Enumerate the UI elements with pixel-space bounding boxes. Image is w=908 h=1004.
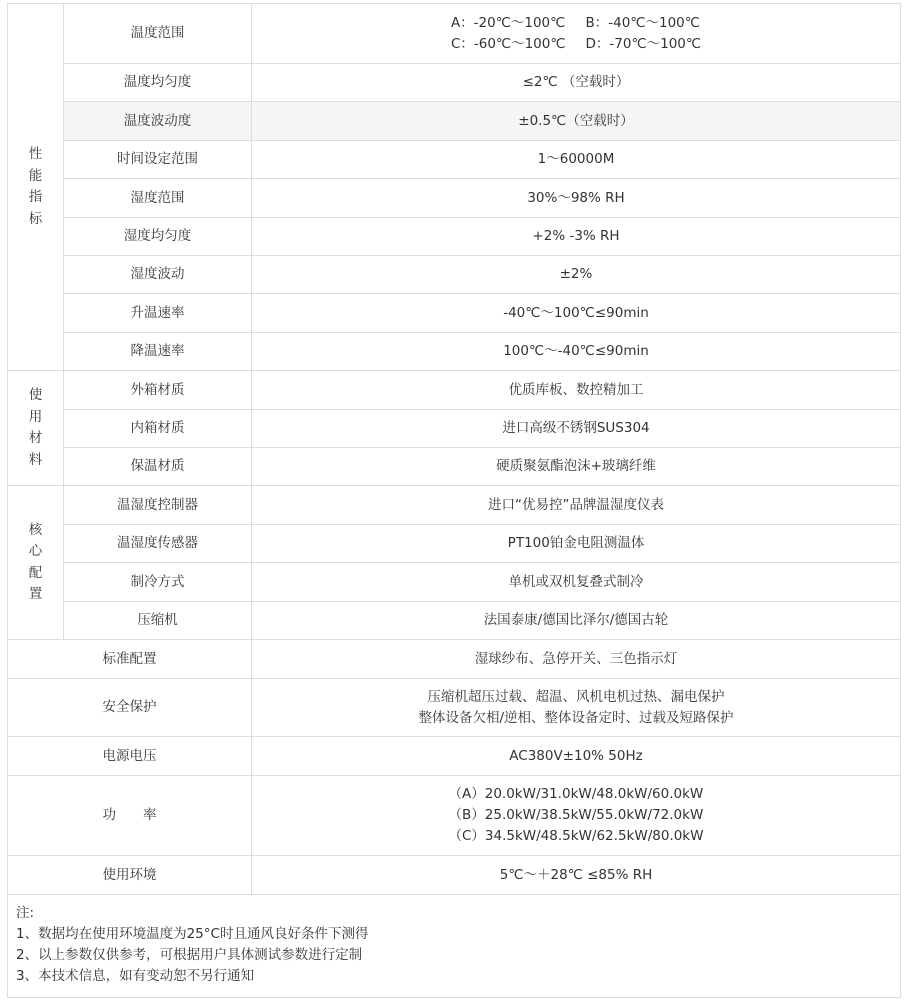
param-value: ±2% [252,256,901,294]
category-cell: 核心配置 [8,486,64,640]
param-value: 进口“优易控”品牌温湿度仪表 [252,486,901,525]
table-row-highlighted: 温度波动度 ±0.5℃（空载时） [8,102,901,141]
param-value: 5℃～＋28℃ ≤85% RH [252,856,901,895]
table-row: 标准配置 湿球纱布、急停开关、三色指示灯 [8,640,901,679]
param-value: 硬质聚氨酯泡沫+玻璃纤维 [252,448,901,486]
param-value: （A）20.0kW/31.0kW/48.0kW/60.0kW （B）25.0kW… [252,776,901,856]
param-name: 安全保护 [8,679,252,737]
notes-title: 注: [16,903,892,924]
param-value: -40℃～100℃≤90min [252,294,901,333]
table-row: 压缩机 法国泰康/德国比泽尔/德国古轮 [8,602,901,640]
table-row: 安全保护 压缩机超压过载、超温、风机电机过热、漏电保护 整体设备欠相/逆相、整体… [8,679,901,737]
category-label: 核心配置 [28,520,44,606]
table-row: 电源电压 AC380V±10% 50Hz [8,737,901,776]
param-name: 升温速率 [64,294,252,333]
table-row: 时间设定范围 1～60000M [8,141,901,179]
value-line: （B）25.0kW/38.5kW/55.0kW/72.0kW [449,805,704,826]
value-line: 压缩机超压过载、超温、风机电机过热、漏电保护 [252,687,900,708]
param-name: 制冷方式 [64,563,252,602]
category-label: 性能指标 [28,144,44,230]
range-a: A：-20℃～100℃ [451,13,566,34]
table-row: 性能指标 温度范围 A：-20℃～100℃ B：-40℃～100℃ C：-60℃… [8,4,901,64]
param-value: ≤2℃ （空载时） [252,64,901,102]
param-value: 100℃～-40℃≤90min [252,333,901,371]
param-value: 法国泰康/德国比泽尔/德国古轮 [252,602,901,640]
param-name: 湿度均匀度 [64,218,252,256]
range-b: B：-40℃～100℃ [586,13,702,34]
param-value: 湿球纱布、急停开关、三色指示灯 [252,640,901,679]
table-row: 制冷方式 单机或双机复叠式制冷 [8,563,901,602]
param-value: 30%～98% RH [252,179,901,218]
param-name: 使用环境 [8,856,252,895]
table-row: 湿度波动 ±2% [8,256,901,294]
table-row: 保温材质 硬质聚氨酯泡沫+玻璃纤维 [8,448,901,486]
note-item: 1、数据均在使用环境温度为25°C时且通风良好条件下测得 [16,924,892,945]
param-name: 温度范围 [64,4,252,64]
param-name: 功 率 [8,776,252,856]
param-name: 湿度波动 [64,256,252,294]
param-name: 温度均匀度 [64,64,252,102]
param-name: 温度波动度 [64,102,252,141]
table-row: 核心配置 温湿度控制器 进口“优易控”品牌温湿度仪表 [8,486,901,525]
note-item: 3、本技术信息，如有变动恕不另行通知 [16,966,892,987]
table-row: 内箱材质 进口高级不锈钢SUS304 [8,410,901,448]
range-d: D：-70℃～100℃ [586,34,702,55]
param-name: 外箱材质 [64,371,252,410]
value-line: 整体设备欠相/逆相、整体设备定时、过载及短路保护 [252,708,900,729]
param-value: 压缩机超压过载、超温、风机电机过热、漏电保护 整体设备欠相/逆相、整体设备定时、… [252,679,901,737]
param-value: 1～60000M [252,141,901,179]
param-value: +2% -3% RH [252,218,901,256]
param-value: 进口高级不锈钢SUS304 [252,410,901,448]
param-value: 单机或双机复叠式制冷 [252,563,901,602]
category-cell: 性能指标 [8,4,64,371]
notes-section: 注: 1、数据均在使用环境温度为25°C时且通风良好条件下测得 2、以上参数仅供… [7,895,901,998]
table-row: 使用材料 外箱材质 优质库板、数控精加工 [8,371,901,410]
table-row: 温湿度传感器 PT100铂金电阻测温体 [8,525,901,563]
param-value: PT100铂金电阻测温体 [252,525,901,563]
category-label: 使用材料 [28,385,44,471]
spec-table: 性能指标 温度范围 A：-20℃～100℃ B：-40℃～100℃ C：-60℃… [7,3,901,895]
param-value: AC380V±10% 50Hz [252,737,901,776]
table-row: 湿度均匀度 +2% -3% RH [8,218,901,256]
spec-sheet: 性能指标 温度范围 A：-20℃～100℃ B：-40℃～100℃ C：-60℃… [7,3,901,998]
param-name: 温湿度传感器 [64,525,252,563]
param-name: 压缩机 [64,602,252,640]
category-cell: 使用材料 [8,371,64,486]
table-row: 降温速率 100℃～-40℃≤90min [8,333,901,371]
temperature-range-grid: A：-20℃～100℃ B：-40℃～100℃ C：-60℃～100℃ D：-7… [451,13,701,55]
param-name: 内箱材质 [64,410,252,448]
param-name: 时间设定范围 [64,141,252,179]
table-row: 湿度范围 30%～98% RH [8,179,901,218]
param-name: 湿度范围 [64,179,252,218]
param-value: A：-20℃～100℃ B：-40℃～100℃ C：-60℃～100℃ D：-7… [252,4,901,64]
table-row: 功 率 （A）20.0kW/31.0kW/48.0kW/60.0kW （B）25… [8,776,901,856]
param-value: ±0.5℃（空载时） [252,102,901,141]
table-row: 使用环境 5℃～＋28℃ ≤85% RH [8,856,901,895]
value-line: （C）34.5kW/48.5kW/62.5kW/80.0kW [449,826,704,847]
param-name: 保温材质 [64,448,252,486]
param-name: 标准配置 [8,640,252,679]
param-name: 电源电压 [8,737,252,776]
power-list: （A）20.0kW/31.0kW/48.0kW/60.0kW （B）25.0kW… [449,784,704,847]
note-item: 2、以上参数仅供参考，可根据用户具体测试参数进行定制 [16,945,892,966]
param-name: 温湿度控制器 [64,486,252,525]
range-c: C：-60℃～100℃ [451,34,566,55]
value-line: （A）20.0kW/31.0kW/48.0kW/60.0kW [449,784,704,805]
param-value: 优质库板、数控精加工 [252,371,901,410]
table-row: 温度均匀度 ≤2℃ （空载时） [8,64,901,102]
table-row: 升温速率 -40℃～100℃≤90min [8,294,901,333]
param-name: 降温速率 [64,333,252,371]
